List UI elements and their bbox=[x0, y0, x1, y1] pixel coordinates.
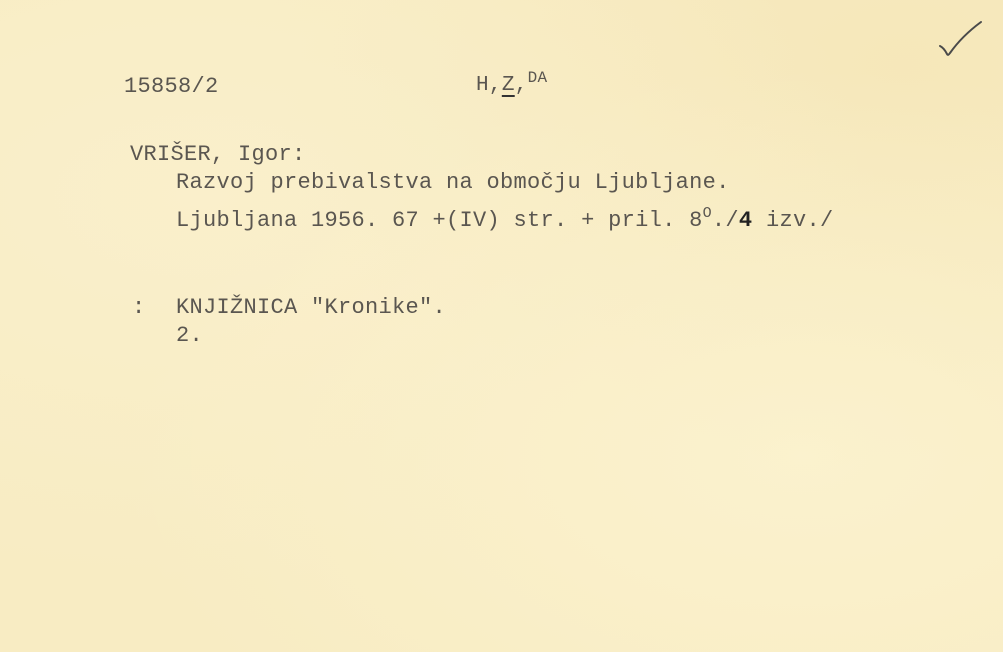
copies-count: 4 bbox=[739, 208, 753, 233]
checkmark-icon bbox=[938, 18, 984, 60]
author-heading: VRIŠER, Igor: bbox=[130, 142, 306, 167]
call-number: 15858/2 bbox=[124, 74, 219, 99]
location-codes: H,Z,DA bbox=[476, 74, 547, 97]
imprint-after-degree: ./ bbox=[712, 208, 739, 233]
catalog-card: 15858/2 H,Z,DA VRIŠER, Igor: Razvoj preb… bbox=[0, 0, 1003, 652]
location-underlined-code: Z bbox=[502, 74, 515, 97]
location-separator: , bbox=[515, 74, 528, 97]
series-name: KNJIŽNICA "Kronike". bbox=[176, 295, 446, 320]
series-colon: : bbox=[132, 295, 146, 320]
copies-suffix: izv./ bbox=[752, 208, 833, 233]
series-number: 2. bbox=[176, 323, 203, 348]
imprint-line: Ljubljana 1956. 67 +(IV) str. + pril. 8O… bbox=[176, 208, 833, 233]
book-title: Razvoj prebivalstva na območju Ljubljane… bbox=[176, 170, 730, 195]
format-degree: O bbox=[703, 205, 712, 222]
imprint-main: Ljubljana 1956. 67 +(IV) str. + pril. 8 bbox=[176, 208, 703, 233]
location-superscript: DA bbox=[528, 69, 548, 87]
location-prefix: H, bbox=[476, 74, 502, 97]
